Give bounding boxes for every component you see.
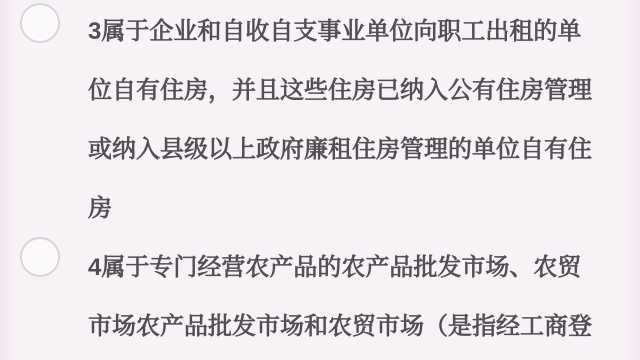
radio-button-unselected-icon[interactable] xyxy=(20,237,60,277)
option-text-line: 房 xyxy=(88,179,618,238)
option-text-4: 4属于专门经营农产品的农产品批发市场、农贸 市场农产品批发市场和农贸市场（是指经… xyxy=(88,238,618,356)
option-text-line: 市场农产品批发市场和农贸市场（是指经工商登 xyxy=(88,297,618,356)
quiz-options-screen: 3属于企业和自收自支事业单位向职工出租的单 位自有住房，并且这些住房已纳入公有住… xyxy=(0,0,640,360)
option-text-3: 3属于企业和自收自支事业单位向职工出租的单 位自有住房，并且这些住房已纳入公有住… xyxy=(88,2,618,238)
radio-button-unselected-icon[interactable] xyxy=(20,3,60,43)
option-text-line: 3属于企业和自收自支事业单位向职工出租的单 xyxy=(88,2,618,61)
option-row-3[interactable]: 3属于企业和自收自支事业单位向职工出租的单 位自有住房，并且这些住房已纳入公有住… xyxy=(0,0,640,236)
option-row-4[interactable]: 4属于专门经营农产品的农产品批发市场、农贸 市场农产品批发市场和农贸市场（是指经… xyxy=(0,236,640,360)
option-text-line: 或纳入县级以上政府廉租住房管理的单位自有住 xyxy=(88,120,618,179)
option-text-line: 4属于专门经营农产品的农产品批发市场、农贸 xyxy=(88,238,618,297)
option-text-line: 位自有住房，并且这些住房已纳入公有住房管理 xyxy=(88,61,618,120)
